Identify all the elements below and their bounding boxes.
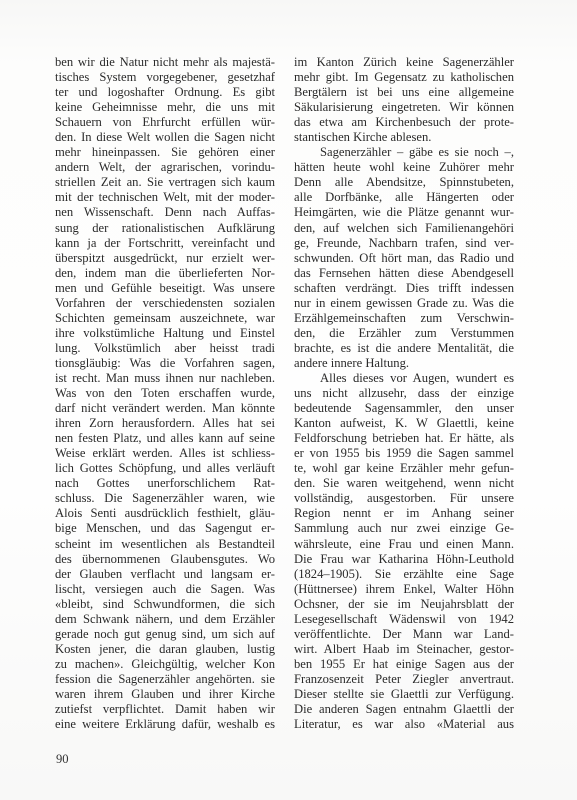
text-line: Kosten jener, die daran glauben, lustig: [55, 642, 275, 657]
text-line: Vorfahren der verschiedensten sozialen: [55, 296, 275, 311]
text-line: bige Menschen, und das Sagengut er-: [55, 521, 275, 536]
text-line: nen Wissenschaft. Denn nach Auffas-: [55, 205, 275, 220]
text-line: lich Gottes Schöpfung, und alles verläuf…: [55, 461, 275, 476]
text-line: Die anderen Sagen entnahm Glaettli der: [294, 702, 514, 717]
text-line: ben wir die Natur nicht mehr als majestä…: [55, 55, 275, 70]
text-line: Lesegesellschaft Wädenswil von 1942: [294, 612, 514, 627]
text-line: nach Gottes unerforschlichem Rat-: [55, 476, 275, 491]
text-line: schaften verdrängt. Dies trifft indessen: [294, 281, 514, 296]
text-line: wirt. Albert Haab im Steinacher, gestor-: [294, 642, 514, 657]
text-line: nur in einem gewissen Grade zu. Was die: [294, 296, 514, 311]
page-number: 90: [56, 752, 69, 767]
text-line: tisches System vorgegebener, gesetzhaf: [55, 70, 275, 85]
text-line: hätten heute wohl keine Zuhörer mehr: [294, 160, 514, 175]
text-line: den, die Erzähler zum Verstummen: [294, 326, 514, 341]
text-line: Die Frau war Katharina Höhn-Leuthold: [294, 552, 514, 567]
text-line: Säkularisierung eingetreten. Wir können: [294, 100, 514, 115]
text-line: Literatur, es war also «Material aus: [294, 717, 514, 732]
text-line: währsleute, eine Frau und einen Mann.: [294, 537, 514, 552]
text-line: ben 1955 Er hat einige Sagen aus der: [294, 657, 514, 672]
book-page: ben wir die Natur nicht mehr als majestä…: [0, 0, 577, 800]
text-line: keine Geheimnisse mehr, die uns mit: [55, 100, 275, 115]
text-line: Feldforschung betrieben hat. Er hätte, a…: [294, 431, 514, 446]
text-line: «bleibt, sind Schwundformen, die sich: [55, 597, 275, 612]
text-line: den, indem man die überlieferten Nor-: [55, 266, 275, 281]
text-line: nen festen Platz, und alles kann auf sei…: [55, 431, 275, 446]
text-line: Dieser stellte sie Glaettli zur Verfügun…: [294, 687, 514, 702]
text-line: brachte, es ist die andere Mentalität, d…: [294, 341, 514, 356]
text-line: kann ja der Fortschritt, vereinfacht und: [55, 236, 275, 251]
text-line: das Fernsehen hätten diese Abendgesell: [294, 266, 514, 281]
text-line: dem Schwank nähern, und dem Erzähler: [55, 612, 275, 627]
text-line: er von 1955 bis 1959 die Sagen sammel: [294, 446, 514, 461]
text-line: striellen Zeit an. Sie vertragen sich ka…: [55, 175, 275, 190]
text-line: Weise erklärt werden. Alles ist schliess…: [55, 446, 275, 461]
text-line: andern Welt, der agrarischen, vorindu-: [55, 160, 275, 175]
text-line: Erzählgemeinschaften zum Verschwin-: [294, 311, 514, 326]
text-line: ge, Freunde, Nachbarn trafen, sind ver-: [294, 236, 514, 251]
text-line: Alles dieses vor Augen, wundert es: [294, 371, 514, 386]
text-line: bedeutende Sagensammler, den unser: [294, 401, 514, 416]
text-line: überspitzt ausgedrückt, nur erzielt wer-: [55, 251, 275, 266]
text-line: waren ihrem Glauben und ihrer Kirche: [55, 687, 275, 702]
text-line: Kanton aufweist, K. W Glaettli, keine: [294, 416, 514, 431]
text-line: Alois Senti ausdrücklich festhielt, gläu…: [55, 506, 275, 521]
text-line: das etwa am Kirchenbesuch der prote-: [294, 115, 514, 130]
text-line: zutiefst verpflichtet. Damit haben wir: [55, 702, 275, 717]
text-line: darf nicht verändert werden. Man könnte: [55, 401, 275, 416]
text-line: andere innere Haltung.: [294, 356, 514, 371]
text-line: Region nennt er im Anhang seiner: [294, 506, 514, 521]
text-line: Bergtälern ist bei uns eine allgemeine: [294, 85, 514, 100]
text-line: Was von den Toten erschaffen wurde,: [55, 386, 275, 401]
text-line: schluss. Die Sagenerzähler waren, wie: [55, 491, 275, 506]
text-line: ihre volkstümliche Haltung und Einstel: [55, 326, 275, 341]
text-line: Ochsner, der sie im Neujahrsblatt der: [294, 597, 514, 612]
text-line: lung. Volkstümlich aber heisst tradi: [55, 341, 275, 356]
text-line: uns nicht allzusehr, dass der einzige: [294, 386, 514, 401]
text-line: zu machen». Gleichgültig, welcher Kon: [55, 657, 275, 672]
text-line: den, auf welchen sich Familienangehöri: [294, 221, 514, 236]
text-line: Schauern von Ehrfurcht erfüllen wür-: [55, 115, 275, 130]
text-line: mehr hineinpassen. Sie gehören einer: [55, 145, 275, 160]
text-line: im Kanton Zürich keine Sagenerzähler: [294, 55, 514, 70]
text-line: ihren Zorn herausfordern. Alles hat sei: [55, 416, 275, 431]
text-line: Franzosenzeit Peter Ziegler anvertraut.: [294, 672, 514, 687]
text-line: men und Gefühle beseitigt. Was unsere: [55, 281, 275, 296]
text-line: ter und logoshafter Ordnung. Es gibt: [55, 85, 275, 100]
text-line: fession die Sagenerzähler angehörten. si…: [55, 672, 275, 687]
text-line: stantischen Kirche ablesen.: [294, 130, 514, 145]
text-line: (1824–1905). Sie erzählte eine Sage: [294, 567, 514, 582]
text-line: Sagenerzähler – gäbe es sie noch –,: [294, 145, 514, 160]
text-line: Schichten gemeinsam auszeichnete, war: [55, 311, 275, 326]
text-line: mehr gibt. Im Gegensatz zu katholischen: [294, 70, 514, 85]
text-line: mit der technischen Welt, mit der moder-: [55, 190, 275, 205]
text-line: vollständig, ausgestorben. Für unsere: [294, 491, 514, 506]
text-line: alle Dorfbänke, alle Hängerten oder: [294, 190, 514, 205]
text-line: den. Sie waren weitgehend, wenn nicht: [294, 476, 514, 491]
text-line: (Hüttnersee) ihrem Enkel, Walter Höhn: [294, 582, 514, 597]
text-line: Denn alle Abendsitze, Spinnstubeten,: [294, 175, 514, 190]
right-text-column: im Kanton Zürich keine Sagenerzählermehr…: [294, 55, 514, 732]
left-text-column: ben wir die Natur nicht mehr als majestä…: [55, 55, 275, 732]
text-line: den. In diese Welt wollen die Sagen nich…: [55, 130, 275, 145]
text-line: sung der rationalistischen Aufklärung: [55, 221, 275, 236]
text-line: tionsgläubig: Was die Vorfahren sagen,: [55, 356, 275, 371]
text-line: scheint im wesentlichen als Bestandteil: [55, 537, 275, 552]
text-line: Sammlung auch nur zwei einzige Ge-: [294, 521, 514, 536]
text-line: der Glauben verflacht und langsam er-: [55, 567, 275, 582]
text-line: lischt, versiegen auch die Sagen. Was: [55, 582, 275, 597]
text-line: des übernommenen Glaubensgutes. Wo: [55, 552, 275, 567]
text-line: veröffentlichte. Der Mann war Land-: [294, 627, 514, 642]
text-line: te, wohl gar keine Erzähler mehr gefun-: [294, 461, 514, 476]
text-line: schwunden. Oft hört man, das Radio und: [294, 251, 514, 266]
text-line: ist recht. Man muss ihnen nur nachleben.: [55, 371, 275, 386]
text-line: eine weitere Erklärung dafür, weshalb es: [55, 717, 275, 732]
text-line: gerade noch gut genug sind, um sich auf: [55, 627, 275, 642]
text-line: Heimgärten, wie die Plätze genannt wur-: [294, 205, 514, 220]
